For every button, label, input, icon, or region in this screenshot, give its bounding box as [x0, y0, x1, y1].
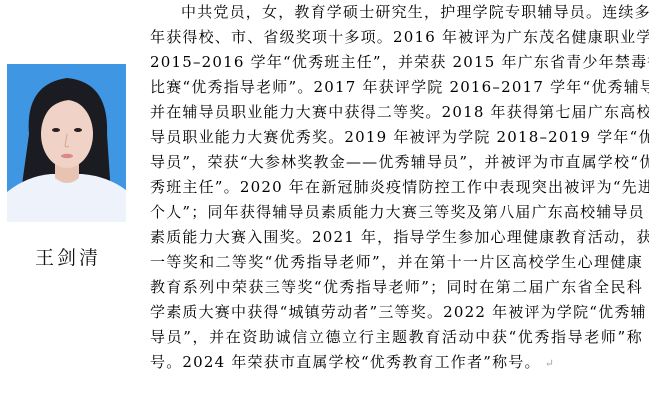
bio-line: 秀班主任”。2020 年在新冠肺炎疫情防控工作中表现突出被评为“先进: [150, 175, 643, 200]
bio-line: 比赛“优秀指导老师”。2017 年获评学院 2016–2017 学年“优秀辅导员…: [150, 75, 643, 100]
bio-line: 导员”，荣获“大参林奖教金——优秀辅导员”，并被评为市直属学校“优: [150, 150, 643, 175]
bio-line: 导员职业能力大赛优秀奖。2019 年被评为学院 2018–2019 学年“优秀辅: [150, 125, 643, 150]
bio-line: 学素质大赛中获得“城镇劳动者”三等奖。2022 年被评为学院“优秀辅: [150, 300, 643, 325]
bio-line-last: 号。2024 年荣获市直属学校“优秀教育工作者”称号。↵: [150, 350, 643, 375]
bio-line: 并在辅导员职业能力大赛中获得二等奖。2018 年获得第七届广东高校辅: [150, 100, 643, 125]
bio-line: 个人”；同年获得辅导员素质能力大赛三等奖及第八届广东高校辅导员: [150, 200, 643, 225]
bio-line: 2015–2016 学年“优秀班主任”，并荣获 2015 年广东省青少年禁毒征文: [150, 50, 643, 75]
paragraph-mark-icon: ↵: [545, 357, 555, 370]
bio-line: 教育系列中荣获三等奖“优秀指导老师”；同时在第二届广东省全民科: [150, 275, 643, 300]
bio-line: 中共党员，女，教育学硕士研究生，护理学院专职辅导员。连续多: [150, 0, 643, 25]
bio-line: 一等奖和二等奖“优秀指导老师”，并在第十一片区高校学生心理健康: [150, 250, 643, 275]
person-name: 王剑清: [30, 243, 106, 270]
portrait-photo: [7, 64, 126, 222]
portrait-image: [7, 64, 126, 222]
bio-paragraph: 中共党员，女，教育学硕士研究生，护理学院专职辅导员。连续多 年获得校、市、省级奖…: [150, 0, 643, 375]
bio-line: 导员”，并在资助诚信立德立行主题教育活动中获“优秀指导老师”称: [150, 325, 643, 350]
bio-line: 素质能力大赛入围奖。2021 年，指导学生参加心理健康教育活动，获得: [150, 225, 643, 250]
bio-line-text: 号。2024 年荣获市直属学校“优秀教育工作者”称号。: [150, 353, 541, 371]
bio-line: 年获得校、市、省级奖项十多项。2016 年被评为广东茂名健康职业学院: [150, 25, 643, 50]
